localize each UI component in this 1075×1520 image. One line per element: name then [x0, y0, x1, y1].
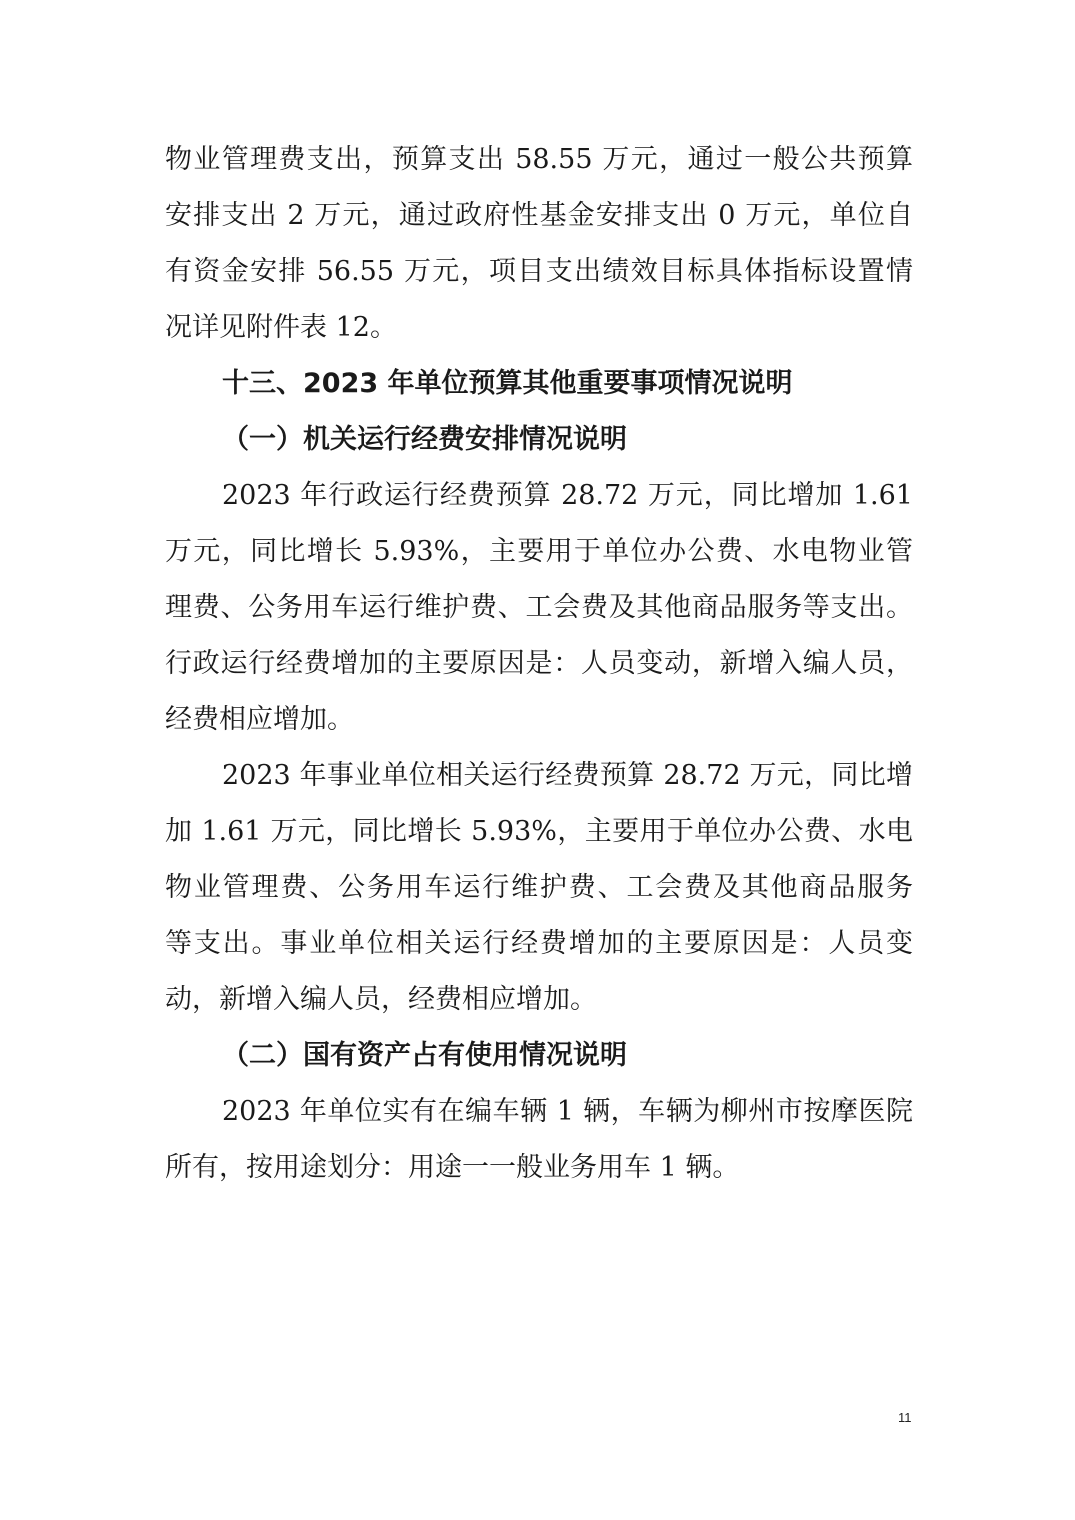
paragraph-line: 2023 年行政运行经费预算 28.72 万元，同比增加 1.61 — [222, 476, 913, 516]
subsection-heading: （二）国有资产占有使用情况说明 — [222, 1036, 970, 1076]
paragraph-line: 理费、公务用车运行维护费、工会费及其他商品服务等支出。 — [165, 588, 913, 628]
document-page: 物业管理费支出，预算支出 58.55 万元，通过一般公共预算 安排支出 2 万元… — [0, 0, 1075, 1520]
page-number: 11 — [898, 1410, 912, 1425]
paragraph-line: 加 1.61 万元，同比增长 5.93%，主要用于单位办公费、水电 — [165, 812, 913, 852]
paragraph-line: 况详见附件表 12。 — [165, 308, 913, 348]
paragraph-line: 经费相应增加。 — [165, 700, 913, 740]
paragraph-line: 有资金安排 56.55 万元，项目支出绩效目标具体指标设置情 — [165, 252, 913, 292]
paragraph-line: 动，新增入编人员，经费相应增加。 — [165, 980, 913, 1020]
subsection-heading: （一）机关运行经费安排情况说明 — [222, 420, 970, 460]
paragraph-line: 所有，按用途划分：用途一一般业务用车 1 辆。 — [165, 1148, 913, 1188]
paragraph-line: 安排支出 2 万元，通过政府性基金安排支出 0 万元，单位自 — [165, 196, 913, 236]
paragraph-line: 2023 年事业单位相关运行经费预算 28.72 万元，同比增 — [222, 756, 913, 796]
paragraph-line: 行政运行经费增加的主要原因是：人员变动，新增入编人员， — [165, 644, 913, 684]
paragraph-line: 万元，同比增长 5.93%，主要用于单位办公费、水电物业管 — [165, 532, 913, 572]
paragraph-line: 2023 年单位实有在编车辆 1 辆，车辆为柳州市按摩医院 — [222, 1092, 913, 1132]
paragraph-line: 等支出。事业单位相关运行经费增加的主要原因是：人员变 — [165, 924, 913, 964]
paragraph-line: 物业管理费支出，预算支出 58.55 万元，通过一般公共预算 — [165, 140, 913, 180]
paragraph-line: 物业管理费、公务用车运行维护费、工会费及其他商品服务 — [165, 868, 913, 908]
section-heading: 十三、2023 年单位预算其他重要事项情况说明 — [222, 364, 913, 404]
